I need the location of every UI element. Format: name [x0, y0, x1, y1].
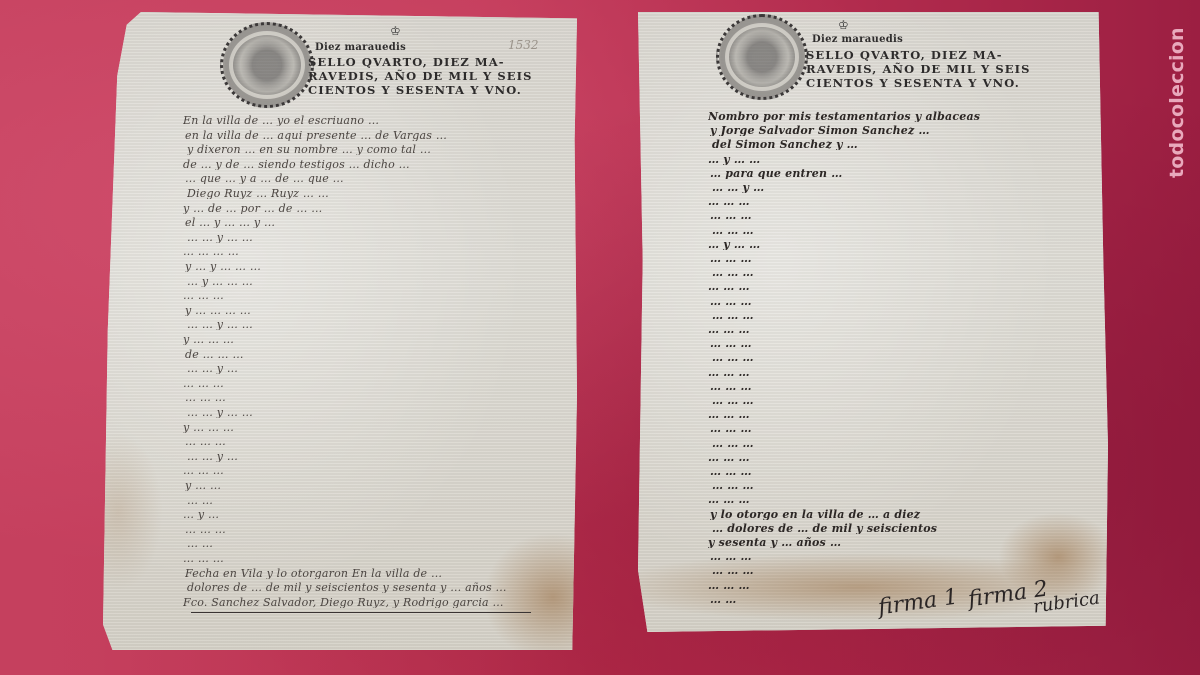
- watermark-logo: todocoleccion: [1166, 27, 1188, 178]
- handwritten-line: del Simon Sanchez y …: [712, 138, 1092, 150]
- handwritten-line: … … …: [712, 437, 1092, 449]
- handwritten-line: … … …: [708, 280, 1088, 292]
- handwritten-line: y dixeron … en su nombre … y como tal …: [187, 143, 567, 155]
- handwritten-line: … … …: [710, 252, 1090, 264]
- handwritten-line: … … …: [708, 451, 1088, 463]
- handwritten-line: … … … …: [183, 245, 563, 257]
- stamp-denomination: Diez marauedis: [315, 42, 406, 53]
- handwritten-line: y … … …: [183, 421, 563, 433]
- handwritten-line: … … …: [712, 266, 1092, 278]
- handwritten-line: y sesenta y … años …: [708, 536, 1088, 548]
- handwritten-line: … … …: [710, 209, 1090, 221]
- handwritten-line: … … …: [183, 552, 563, 564]
- handwritten-line: … dolores de … de mil y seiscientos: [712, 522, 1092, 534]
- handwritten-line: … … …: [712, 224, 1092, 236]
- handwritten-line: de … … …: [185, 348, 565, 360]
- handwritten-line: … … …: [710, 465, 1090, 477]
- handwritten-line: … … …: [712, 564, 1092, 576]
- handwritten-line: Fecha en Vila y lo otorgaron En la villa…: [185, 567, 565, 579]
- handwritten-line: … … y … …: [187, 406, 567, 418]
- handwritten-line: … … y … …: [187, 231, 567, 243]
- handwritten-line: … … …: [712, 394, 1092, 406]
- crown-icon: ♔: [390, 24, 401, 38]
- handwritten-line: En la villa de … yo el escriuano …: [183, 114, 563, 126]
- document-right: ♔ Diez marauedis SELLO QVARTO, DIEZ MA-R…: [638, 12, 1108, 632]
- handwritten-line: … … y … …: [187, 318, 567, 330]
- handwritten-line: … … …: [183, 464, 563, 476]
- royal-seal-emblem: [716, 14, 808, 100]
- handwritten-line: y … … …: [183, 333, 563, 345]
- stamp-heading: SELLO QVARTO, DIEZ MA-RAVEDIS, AÑO DE MI…: [308, 55, 533, 97]
- handwritten-line: … … …: [710, 380, 1090, 392]
- handwritten-line: … … …: [708, 323, 1088, 335]
- underline-rule: [191, 612, 531, 613]
- stamp-heading: SELLO QVARTO, DIEZ MA-RAVEDIS, AÑO DE MI…: [806, 48, 1031, 90]
- handwritten-line: … y … …: [708, 153, 1088, 165]
- handwritten-line: y lo otorgo en la villa de … a diez: [710, 508, 1090, 520]
- handwritten-line: … … …: [710, 550, 1090, 562]
- handwritten-line: … que … y a … de … que …: [185, 172, 565, 184]
- handwritten-line: … …: [187, 494, 567, 506]
- handwritten-line: … … y …: [712, 181, 1092, 193]
- handwritten-line: … … …: [183, 289, 563, 301]
- folio-number: 1532: [508, 38, 539, 52]
- handwritten-line: … … …: [712, 351, 1092, 363]
- stamp-denomination: Diez marauedis: [812, 34, 903, 45]
- handwritten-line: … para que entren …: [710, 167, 1090, 179]
- handwritten-line: … … …: [708, 408, 1088, 420]
- handwritten-line: … … …: [708, 366, 1088, 378]
- handwritten-line: … … y …: [187, 450, 567, 462]
- handwritten-line: … … …: [708, 195, 1088, 207]
- handwritten-line: en la villa de … aqui presente … de Varg…: [185, 129, 565, 141]
- handwritten-line: y Jorge Salvador Simon Sanchez …: [710, 124, 1090, 136]
- handwritten-line: y … y … … …: [185, 260, 565, 272]
- handwritten-line: y … de … por … de … …: [183, 202, 563, 214]
- handwritten-line: el … y … … y …: [185, 216, 565, 228]
- handwritten-line: … … y …: [187, 362, 567, 374]
- handwritten-line: Fco. Sanchez Salvador, Diego Ruyz, y Rod…: [183, 596, 563, 608]
- handwritten-line: … … …: [710, 337, 1090, 349]
- handwritten-line: … … …: [710, 422, 1090, 434]
- handwritten-line: … … …: [185, 523, 565, 535]
- handwritten-line: Nombro por mis testamentarios y albaceas: [708, 110, 1088, 122]
- handwritten-line: de … y de … siendo testigos … dicho …: [183, 158, 563, 170]
- handwritten-line: … … …: [712, 309, 1092, 321]
- handwritten-line: … y … … …: [187, 275, 567, 287]
- crown-icon: ♔: [838, 18, 849, 32]
- handwritten-line: … … …: [712, 479, 1092, 491]
- handwritten-line: … … …: [185, 435, 565, 447]
- royal-seal-emblem: [220, 22, 314, 108]
- handwritten-line: y … … … …: [185, 304, 565, 316]
- handwritten-line: … … …: [708, 493, 1088, 505]
- handwritten-line: … … …: [185, 391, 565, 403]
- handwritten-line: … y … …: [708, 238, 1088, 250]
- handwritten-line: … y …: [183, 508, 563, 520]
- document-left: ♔ Diez marauedis 1532 SELLO QVARTO, DIEZ…: [103, 12, 577, 650]
- handwritten-line: … … …: [183, 377, 563, 389]
- handwritten-line: Diego Ruyz … Ruyz … …: [187, 187, 567, 199]
- handwritten-line: dolores de … de mil y seiscientos y sese…: [187, 581, 567, 593]
- handwritten-line: y … …: [185, 479, 565, 491]
- handwritten-line: … … …: [710, 295, 1090, 307]
- handwritten-line: … …: [187, 537, 567, 549]
